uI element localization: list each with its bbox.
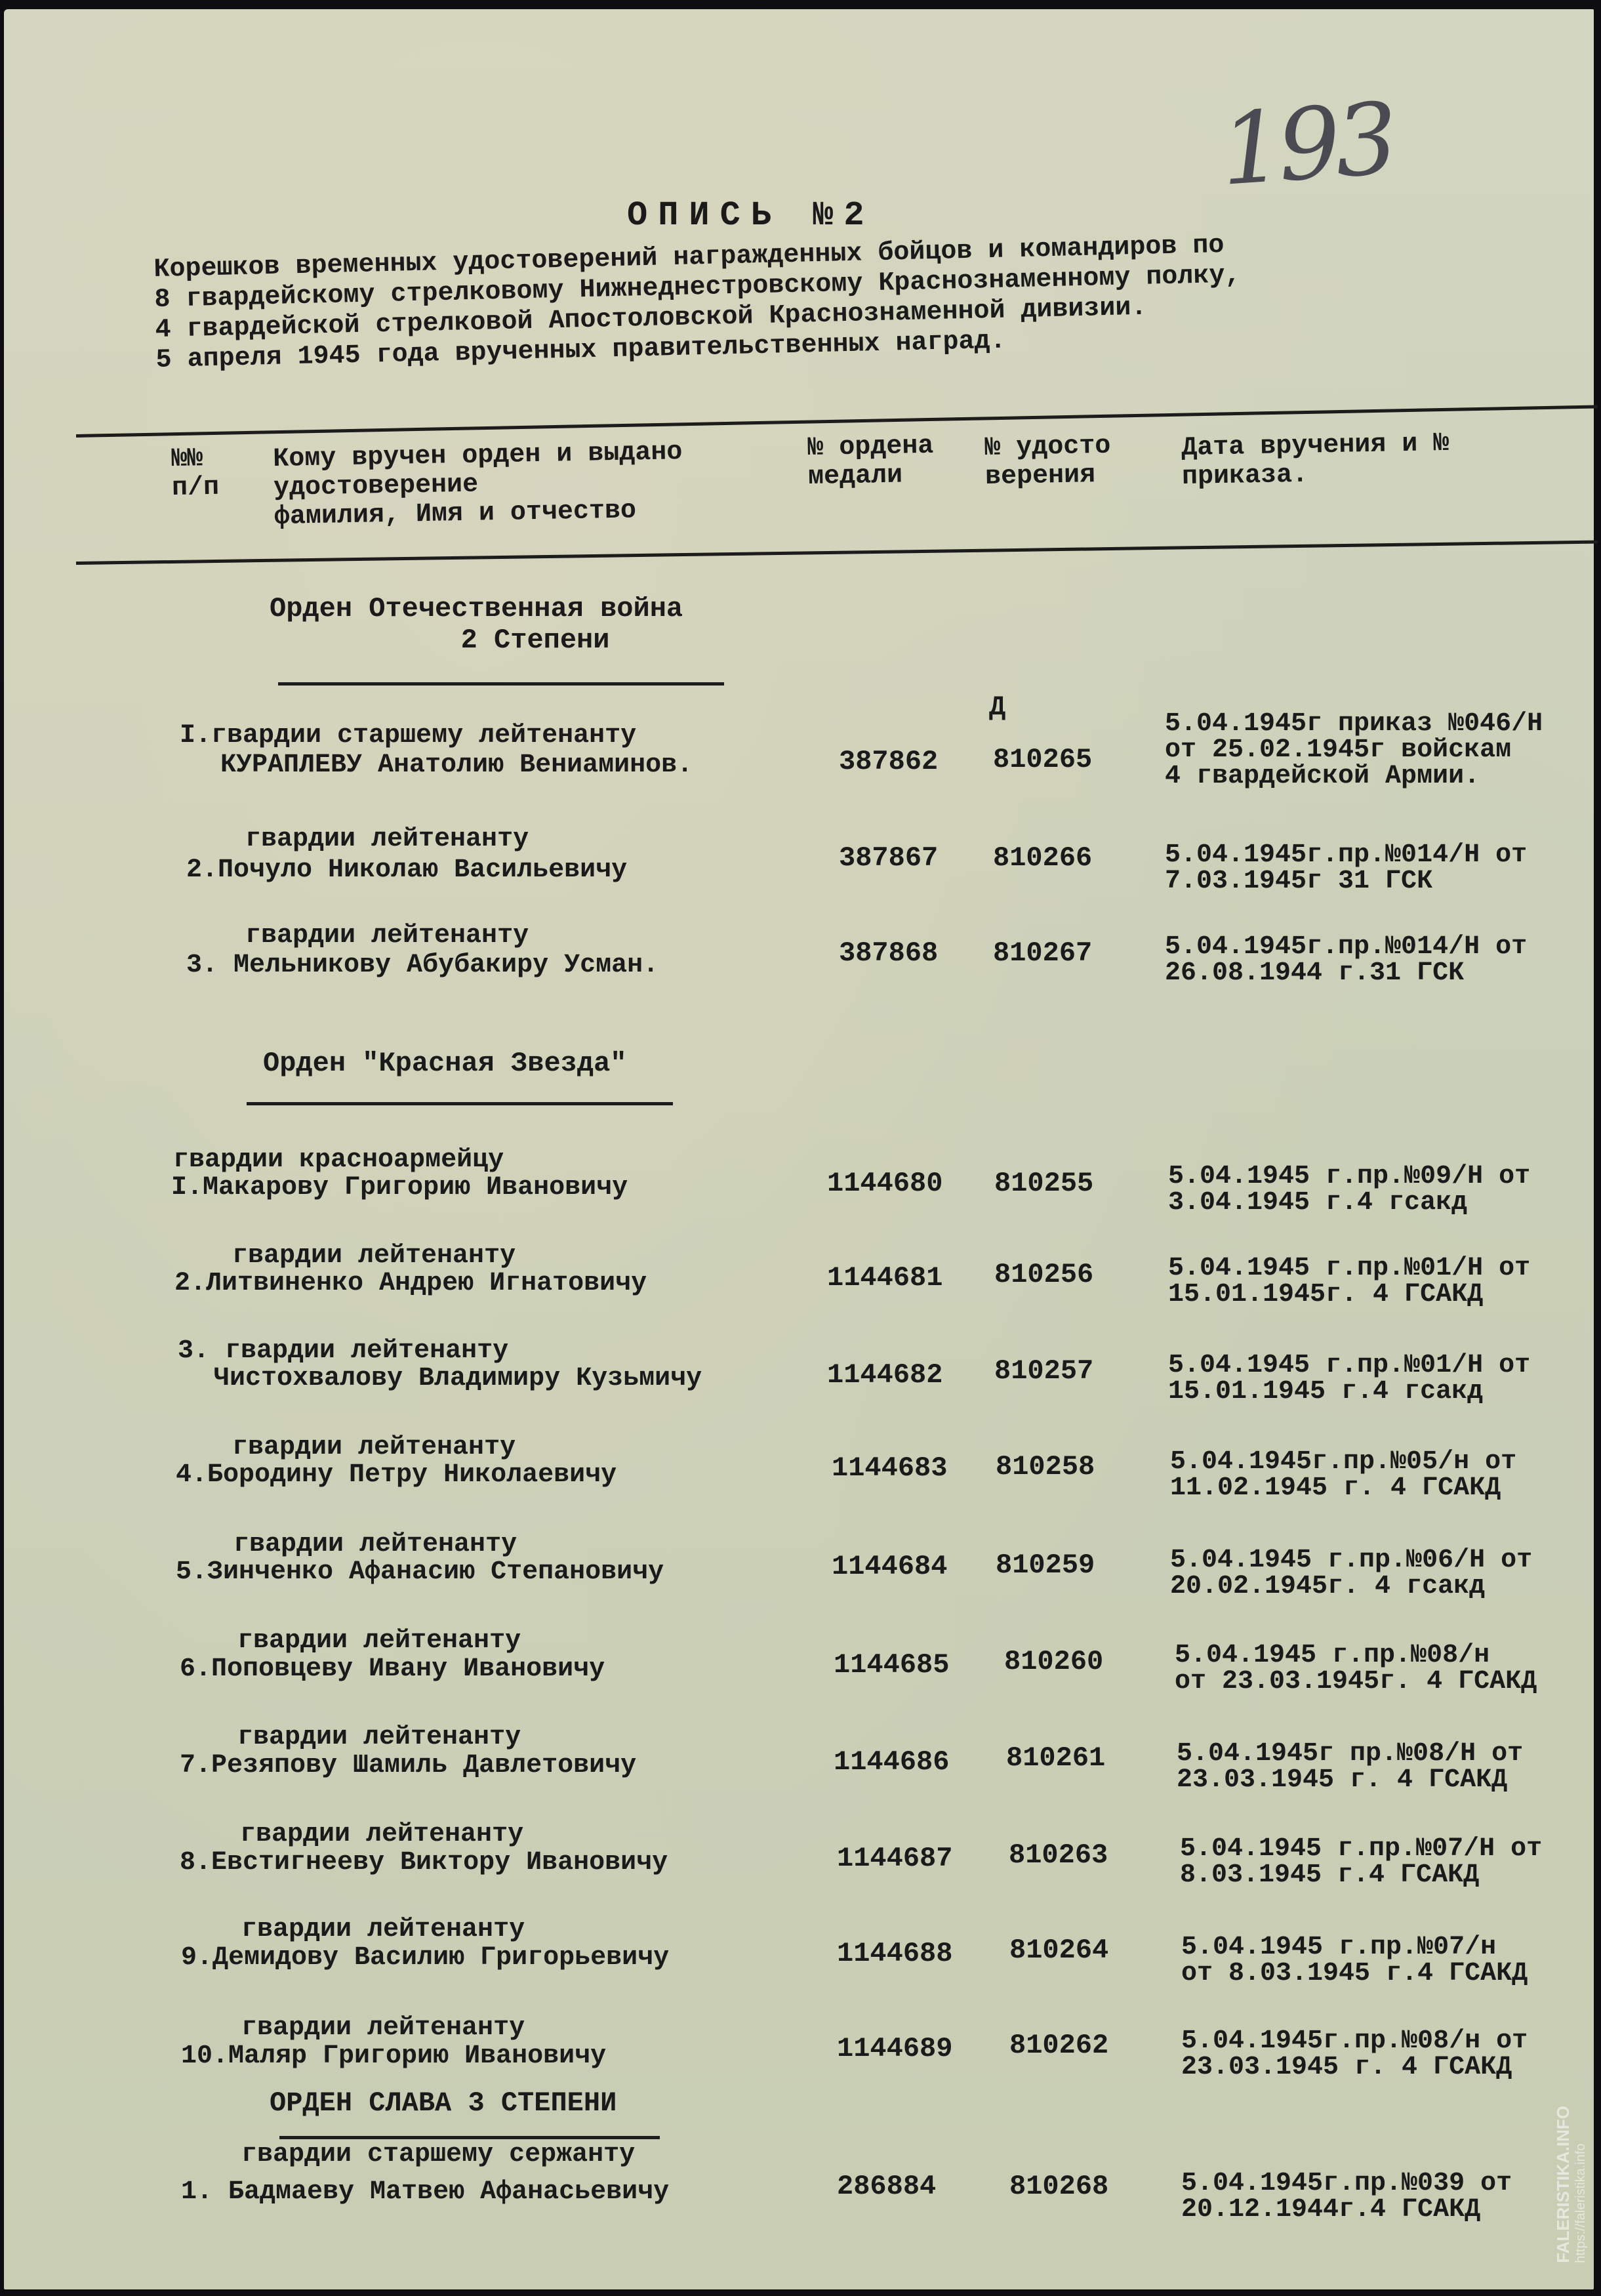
section-title: Орден "Красная Звезда"	[263, 1048, 627, 1079]
source-watermark: FALERISTIKA.INFO https://faleristika.inf…	[1553, 2106, 1589, 2263]
header-bottom-rule	[76, 541, 1598, 565]
section-title: Орден Отечественная война 2 Степени	[270, 593, 683, 656]
document-title: ОПИСЬ №2	[627, 196, 875, 235]
document-intro: Корешков временных удостоверений награжд…	[153, 225, 1494, 376]
section-title: ОРДЕН СЛАВА 3 СТЕПЕНИ	[270, 2087, 617, 2119]
col-header-date: Дата вручения и №приказа.	[1181, 430, 1450, 492]
section-underline	[278, 682, 724, 686]
section-underline	[247, 1102, 673, 1105]
handwritten-page-number: 193	[1217, 82, 1396, 208]
document-page: 193 ОПИСЬ №2 Корешков временных удостове…	[4, 9, 1594, 2289]
col-header-recipient: Кому вручен орден и выданоудостоверениеф…	[273, 438, 683, 532]
col-header-num: №№п/п	[171, 445, 220, 503]
section-underline	[279, 2136, 660, 2139]
col-header-order-no: № орденамедали	[807, 432, 935, 492]
col-header-cert-no: № удостоверения	[984, 432, 1112, 492]
